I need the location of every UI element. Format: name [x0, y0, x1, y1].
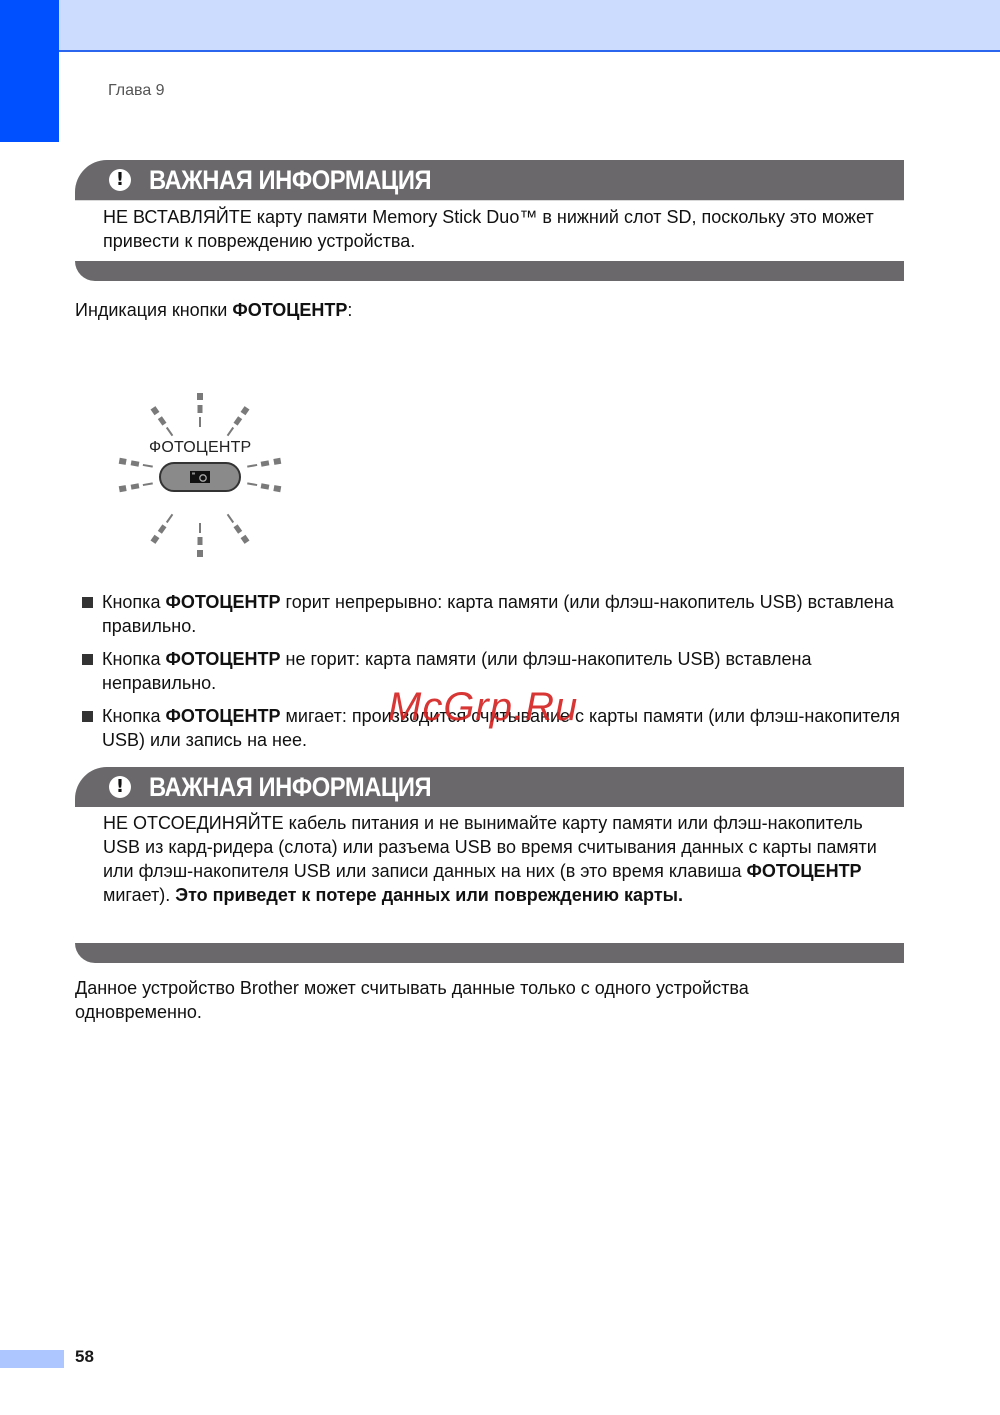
exclamation-icon: ! — [109, 776, 131, 798]
closing-paragraph: Данное устройство Brother может считыват… — [75, 976, 835, 1024]
note-body: НЕ ВСТАВЛЯЙТЕ карту памяти Memory Stick … — [75, 201, 904, 261]
photocenter-button — [159, 462, 241, 492]
page-number-bar — [0, 1350, 64, 1368]
photocenter-button-diagram: ФОТОЦЕНТР — [85, 365, 315, 570]
note-header: ! ВАЖНАЯ ИНФОРМАЦИЯ — [75, 160, 904, 200]
diagram-label: ФОТОЦЕНТР — [147, 439, 253, 457]
list-item: Кнопка ФОТОЦЕНТР не горит: карта памяти … — [82, 647, 902, 695]
note-header: ! ВАЖНАЯ ИНФОРМАЦИЯ — [75, 767, 904, 807]
list-item: Кнопка ФОТОЦЕНТР горит непрерывно: карта… — [82, 590, 902, 638]
important-note-2: ! ВАЖНАЯ ИНФОРМАЦИЯ НЕ ОТСОЕДИНЯЙТЕ кабе… — [75, 767, 904, 963]
page-number: 58 — [75, 1347, 94, 1367]
note-footer-bar — [75, 943, 904, 963]
exclamation-icon: ! — [109, 169, 131, 191]
note-footer-bar — [75, 261, 904, 281]
indication-heading: Индикация кнопки ФОТОЦЕНТР: — [75, 298, 352, 322]
bullet-square-icon — [82, 711, 93, 722]
list-item: Кнопка ФОТОЦЕНТР мигает: производится сч… — [82, 704, 902, 752]
indicator-states-list: Кнопка ФОТОЦЕНТР горит непрерывно: карта… — [82, 590, 902, 761]
chapter-label: Глава 9 — [108, 82, 165, 100]
important-note-1: ! ВАЖНАЯ ИНФОРМАЦИЯ НЕ ВСТАВЛЯЙТЕ карту … — [75, 160, 904, 281]
camera-icon — [189, 470, 211, 484]
chapter-side-tab — [0, 0, 59, 142]
bullet-square-icon — [82, 597, 93, 608]
note-title: ВАЖНАЯ ИНФОРМАЦИЯ — [149, 165, 431, 196]
bullet-square-icon — [82, 654, 93, 665]
note-title: ВАЖНАЯ ИНФОРМАЦИЯ — [149, 772, 431, 803]
note-body: НЕ ОТСОЕДИНЯЙТЕ кабель питания и не выни… — [75, 807, 904, 943]
header-band — [59, 0, 1000, 52]
